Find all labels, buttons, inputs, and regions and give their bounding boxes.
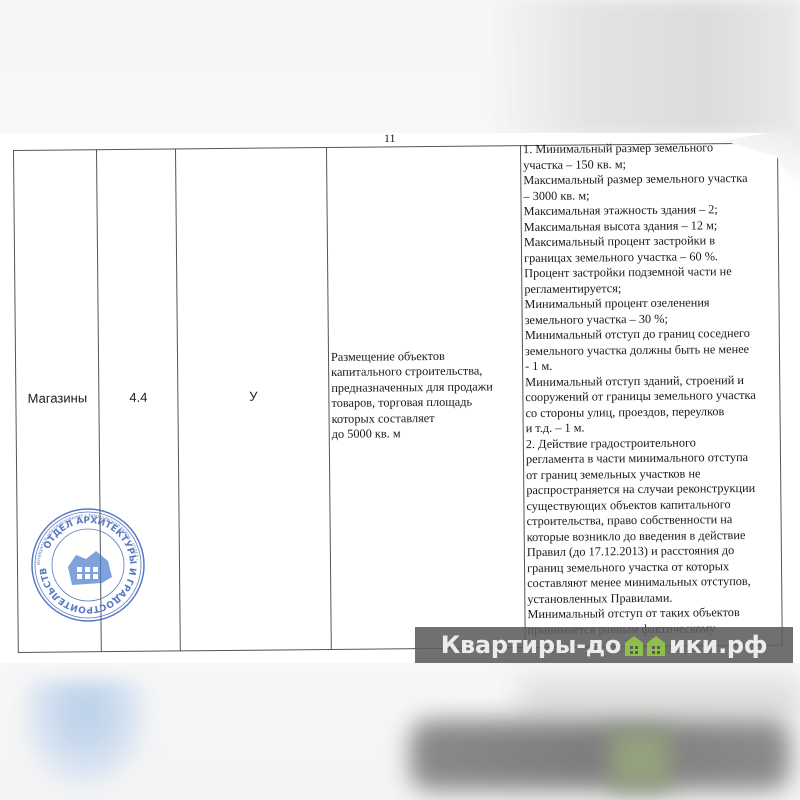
permission-type: У — [178, 388, 328, 404]
site-watermark: Квартиры-до ики.рф — [415, 627, 793, 663]
watermark-text-left: Квартиры-до — [441, 631, 621, 659]
background-blur-top — [490, 0, 800, 135]
page-number: 11 — [384, 131, 396, 146]
background-blur-green — [610, 730, 670, 790]
house-logo-icon — [623, 633, 667, 657]
photo-stage: 11 Магазины 4.4 У Размещение объектов ка… — [0, 0, 800, 800]
stamp-seal-icon: МУНИЦИПАЛЬНОЕ ОБРАЗОВАНИЕ • ТИМАШЕВСКИЙ … — [28, 505, 148, 625]
background-blur-watermark-reflection — [410, 720, 790, 790]
cell-permission-type: У — [175, 147, 331, 651]
use-name: Магазины — [16, 390, 98, 406]
background-blur-gray — [520, 680, 800, 720]
cell-description: Размещение объектов капитального строите… — [326, 145, 525, 650]
official-stamp: МУНИЦИПАЛЬНОЕ ОБРАЗОВАНИЕ • ТИМАШЕВСКИЙ … — [28, 505, 148, 625]
background-blur-stamp-reflection — [20, 680, 150, 790]
watermark-text-right: ики.рф — [669, 631, 767, 659]
use-description: Размещение объектов капитального строите… — [331, 348, 524, 442]
building-parameters: 1. Минимальный размер земельного участка… — [523, 140, 784, 638]
cell-parameters: 1. Минимальный размер земельного участка… — [520, 143, 783, 648]
use-code: 4.4 — [99, 389, 177, 405]
